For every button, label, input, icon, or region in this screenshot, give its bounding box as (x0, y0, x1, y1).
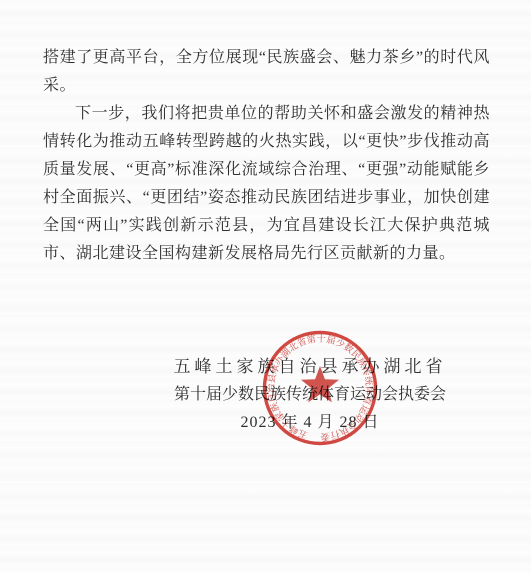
scanned-letter-page: 搭建了更高平台，全方位展现“民族盛会、魅力茶乡”的时代风采。 下一步，我们将把贵… (0, 0, 531, 573)
paragraph-next-steps: 下一步，我们将把贵单位的帮助关怀和盛会激发的精神热情转化为推动五峰转型跨越的火热… (43, 100, 490, 268)
letter-body: 搭建了更高平台，全方位展现“民族盛会、魅力茶乡”的时代风采。 下一步，我们将把贵… (43, 44, 490, 268)
seal-star-icon (301, 366, 339, 402)
official-seal-stamp: 五峰土家族自治县承办湖北省第十届少数民族传统体育运动会执行委员会 (250, 318, 390, 458)
paragraph-continuation: 搭建了更高平台，全方位展现“民族盛会、魅力茶乡”的时代风采。 (43, 44, 490, 100)
